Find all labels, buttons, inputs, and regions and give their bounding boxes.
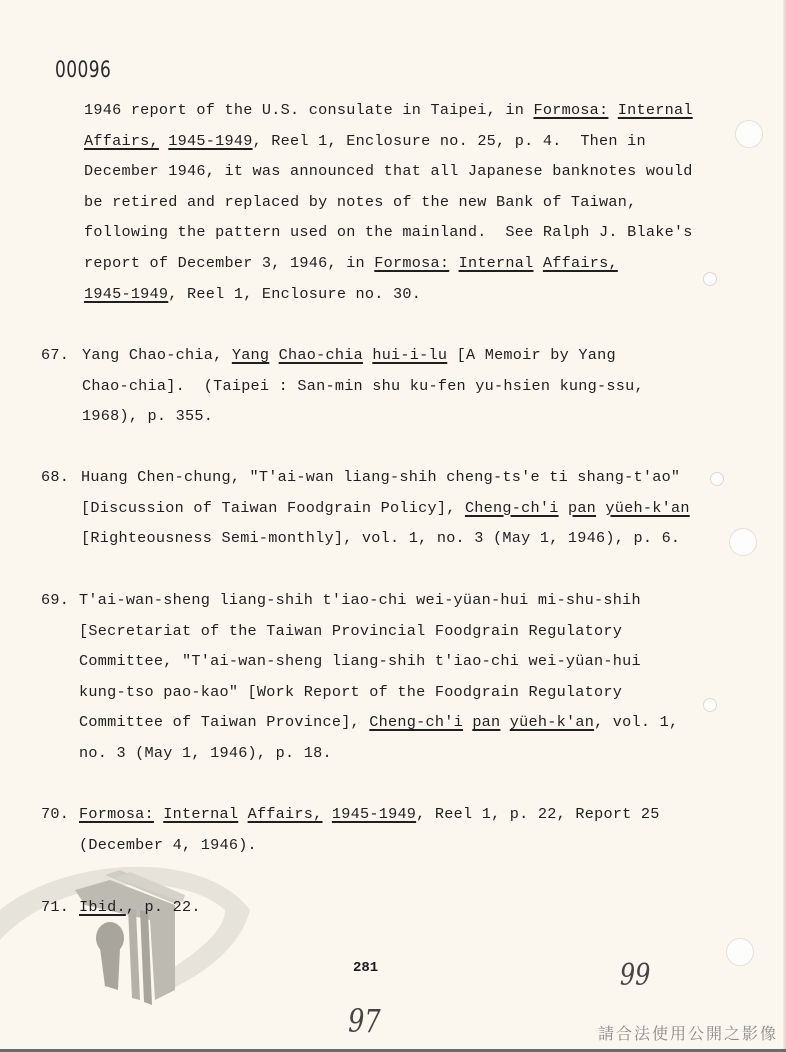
text-span: Committee of Taiwan Province], [79, 713, 369, 731]
handwritten-note: 99 [620, 958, 651, 993]
text-span: , p. 22. [126, 898, 201, 916]
text-span [449, 254, 458, 272]
text-span: following the pattern used on the mainla… [84, 223, 693, 241]
text-span: report of December 3, 1946, in [84, 254, 374, 272]
text-line: Yang Chao-chia, Yang Chao-chia hui-i-lu … [82, 346, 616, 364]
text-span [500, 713, 509, 731]
underlined-title: Ibid. [79, 898, 126, 916]
text-span: T'ai-wan-sheng liang-shih t'iao-chi wei-… [79, 591, 641, 609]
footnote-number: 68. [41, 468, 69, 486]
text-span [559, 499, 568, 517]
underlined-title: Internal [459, 254, 534, 272]
underlined-title: Formosa: [79, 805, 154, 823]
text-span [323, 805, 332, 823]
underlined-title: Internal [618, 101, 693, 119]
text-line: be retired and replaced by notes of the … [84, 193, 636, 211]
text-line: (December 4, 1946). [79, 836, 257, 854]
text-line: Committee, "T'ai-wan-sheng liang-shih t'… [79, 652, 641, 670]
underlined-title: Cheng-ch'i [465, 499, 559, 517]
text-span [154, 805, 163, 823]
text-line: December 1946, it was announced that all… [84, 162, 693, 180]
text-span: 1946 report of the U.S. consulate in Tai… [84, 101, 533, 119]
underlined-title: Chao-chia [279, 346, 363, 364]
punch-hole [729, 528, 757, 556]
text-line: Committee of Taiwan Province], Cheng-ch'… [79, 713, 678, 731]
page-number: 281 [353, 960, 378, 976]
text-line: Ibid., p. 22. [79, 898, 201, 916]
text-span [238, 805, 247, 823]
punch-hole [735, 120, 763, 148]
text-span: 1968), p. 355. [82, 407, 213, 425]
text-line: no. 3 (May 1, 1946), p. 18. [79, 744, 332, 762]
punch-hole [703, 698, 717, 712]
underlined-title: 1945-1949 [84, 285, 168, 303]
underlined-title: 1945-1949 [332, 805, 416, 823]
text-span [363, 346, 372, 364]
footnote-number: 71. [41, 898, 69, 916]
archive-stamp-number: 00096 [55, 58, 111, 83]
text-line: Affairs, 1945-1949, Reel 1, Enclosure no… [84, 132, 646, 150]
text-line: kung-tso pao-kao" [Work Report of the Fo… [79, 683, 622, 701]
text-span: , vol. 1, [594, 713, 678, 731]
text-span: [Discussion of Taiwan Foodgrain Policy], [81, 499, 465, 517]
underlined-title: pan [568, 499, 596, 517]
text-span: kung-tso pao-kao" [Work Report of the Fo… [79, 683, 622, 701]
underlined-title: Affairs, [84, 132, 159, 150]
text-span: [A Memoir by Yang [447, 346, 616, 364]
text-line: Formosa: Internal Affairs, 1945-1949, Re… [79, 805, 660, 823]
text-span [608, 101, 617, 119]
punch-hole [710, 472, 724, 486]
text-span [534, 254, 543, 272]
punch-hole [726, 938, 754, 966]
text-span: , Reel 1, Enclosure no. 25, p. 4. Then i… [253, 132, 646, 150]
text-span: Chao-chia]. (Taipei : San-min shu ku-fen… [82, 377, 644, 395]
underlined-title: pan [472, 713, 500, 731]
text-span: (December 4, 1946). [79, 836, 257, 854]
archive-logo-watermark-icon [0, 850, 260, 1010]
text-line: 1968), p. 355. [82, 407, 213, 425]
underlined-title: Affairs, [248, 805, 323, 823]
underlined-title: Formosa: [374, 254, 449, 272]
text-span: Yang Chao-chia, [82, 346, 232, 364]
text-line: report of December 3, 1946, in Formosa: … [84, 254, 618, 272]
text-span: Committee, "T'ai-wan-sheng liang-shih t'… [79, 652, 641, 670]
text-span: be retired and replaced by notes of the … [84, 193, 636, 211]
underlined-title: Affairs, [543, 254, 618, 272]
underlined-title: 1945-1949 [168, 132, 252, 150]
text-span: [Righteousness Semi-monthly], vol. 1, no… [81, 529, 680, 547]
text-span: December 1946, it was announced that all… [84, 162, 693, 180]
text-span [463, 713, 472, 731]
underlined-title: Yang [232, 346, 269, 364]
punch-hole [703, 272, 717, 286]
text-line: Chao-chia]. (Taipei : San-min shu ku-fen… [82, 377, 644, 395]
footnote-number: 69. [41, 591, 69, 609]
footnote-number: 67. [41, 346, 69, 364]
handwritten-note: 97 [348, 1002, 381, 1040]
usage-watermark-text: 請合法使用公開之影像 [598, 1021, 778, 1044]
text-line: following the pattern used on the mainla… [84, 223, 693, 241]
text-span: Huang Chen-chung, "T'ai-wan liang-shih c… [81, 468, 680, 486]
underlined-title: hui-i-lu [372, 346, 447, 364]
text-span: [Secretariat of the Taiwan Provincial Fo… [79, 622, 622, 640]
underlined-title: Cheng-ch'i [369, 713, 463, 731]
text-line: [Righteousness Semi-monthly], vol. 1, no… [81, 529, 680, 547]
text-span [269, 346, 278, 364]
text-span: , Reel 1, p. 22, Report 25 [416, 805, 659, 823]
text-line: [Discussion of Taiwan Foodgrain Policy],… [81, 499, 690, 517]
text-line: 1945-1949, Reel 1, Enclosure no. 30. [84, 285, 421, 303]
text-line: T'ai-wan-sheng liang-shih t'iao-chi wei-… [79, 591, 641, 609]
text-line: Huang Chen-chung, "T'ai-wan liang-shih c… [81, 468, 680, 486]
underlined-title: Internal [163, 805, 238, 823]
text-line: 1946 report of the U.S. consulate in Tai… [84, 101, 693, 119]
text-span: no. 3 (May 1, 1946), p. 18. [79, 744, 332, 762]
text-line: [Secretariat of the Taiwan Provincial Fo… [79, 622, 622, 640]
footnote-number: 70. [41, 805, 69, 823]
underlined-title: yüeh-k'an [605, 499, 689, 517]
text-span [159, 132, 168, 150]
text-span: , Reel 1, Enclosure no. 30. [168, 285, 421, 303]
underlined-title: Formosa: [533, 101, 608, 119]
underlined-title: yüeh-k'an [510, 713, 594, 731]
